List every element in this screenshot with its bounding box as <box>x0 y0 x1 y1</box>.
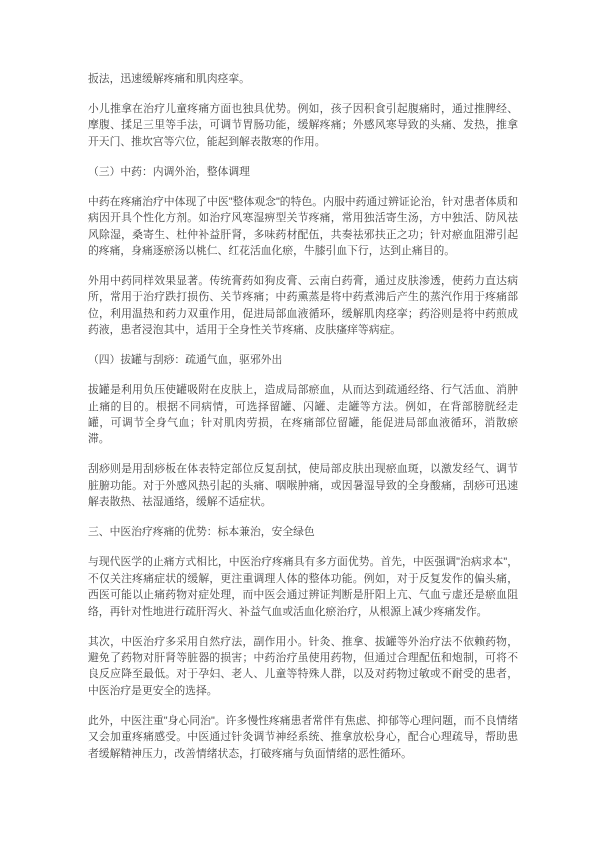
document-content: 扳法，迅速缓解疼痛和肌肉痉挛。小儿推拿在治疗儿童疼痛方面也独具优势。例如，孩子因… <box>88 71 518 762</box>
document-page: 扳法，迅速缓解疼痛和肌肉痉挛。小儿推拿在治疗儿童疼痛方面也独具优势。例如，孩子因… <box>0 0 595 841</box>
paragraph: 中药在疼痛治疗中体现了中医"整体观念"的特色。内服中药通过辨证论治，针对患者体质… <box>88 194 518 260</box>
section-heading: 三、中医治疗疼痛的优势：标本兼治，安全绿色 <box>88 524 518 540</box>
paragraph: 拔罐是利用负压使罐吸附在皮肤上，造成局部瘀血，从而达到疏通经络、行气活血、消肿止… <box>88 382 518 448</box>
paragraph: 外用中药同样效果显著。传统膏药如狗皮膏、云南白药膏，通过皮肤渗透，使药力直达病所… <box>88 273 518 339</box>
paragraph: 扳法，迅速缓解疼痛和肌肉痉挛。 <box>88 71 518 87</box>
paragraph: 小儿推拿在治疗儿童疼痛方面也独具优势。例如，孩子因积食引起腹痛时，通过推脾经、摩… <box>88 101 518 150</box>
section-heading: （三）中药：内调外治，整体调理 <box>88 164 518 180</box>
section-heading: （四）拔罐与刮痧：疏通气血，驱邪外出 <box>88 352 518 368</box>
paragraph: 其次，中医治疗多采用自然疗法，副作用小。针灸、推拿、拔罐等外治疗法不依赖药物，避… <box>88 634 518 700</box>
paragraph: 与现代医学的止痛方式相比，中医治疗疼痛具有多方面优势。首先，中医强调"治病求本"… <box>88 554 518 620</box>
paragraph: 此外，中医注重"身心同治"。许多慢性疼痛患者常伴有焦虑、抑郁等心理问题，而不良情… <box>88 713 518 762</box>
paragraph: 刮痧则是用刮痧板在体表特定部位反复刮拭，使局部皮肤出现瘀血斑，以激发经气、调节脏… <box>88 461 518 510</box>
